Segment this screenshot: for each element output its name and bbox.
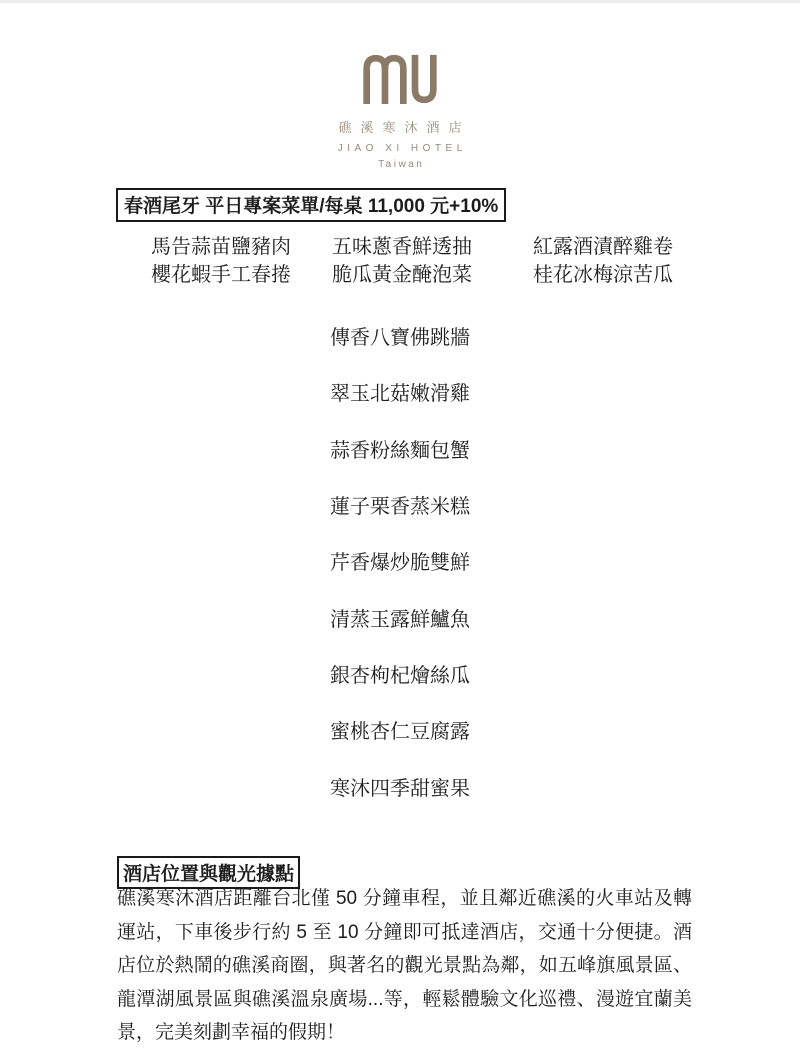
hotel-logo: 礁溪寒沐酒店 JIAO XI HOTEL Taiwan [0,54,800,170]
course-item: 傳香八寶佛跳牆 [0,321,800,350]
course-item: 蓮子栗香蒸米糕 [0,490,800,519]
course-item: 蒜香粉絲麵包蟹 [0,434,800,463]
mu-monogram-icon [357,54,443,104]
starter-column-3: 紅露酒漬醉雞卷 桂花冰梅涼苦瓜 [483,233,723,289]
menu-document-page: 礁溪寒沐酒店 JIAO XI HOTEL Taiwan 春酒尾牙 平日專案菜單/… [0,0,800,1063]
course-item: 清蒸玉露鮮鱸魚 [0,603,800,632]
hotel-name-en: JIAO XI HOTEL [0,143,800,154]
starter-item: 桂花冰梅涼苦瓜 [483,261,723,289]
course-item: 蜜桃杏仁豆腐露 [0,715,800,744]
hotel-name-cjk: 礁溪寒沐酒店 [0,117,800,136]
course-item: 芹香爆炒脆雙鮮 [0,546,800,575]
course-item: 銀杏枸杞燴絲瓜 [0,659,800,688]
menu-title: 春酒尾牙 平日專案菜單/每桌 11,000 元+10% [116,188,506,222]
scan-edge-artifact [0,0,800,3]
course-item: 寒沐四季甜蜜果 [0,772,800,801]
hotel-country: Taiwan [0,159,800,170]
location-description: 礁溪寒沐酒店距離台北僅 50 分鐘車程，並且鄰近礁溪的火車站及轉運站，下車後步行… [117,882,692,1050]
course-item: 翠玉北菇嫩滑雞 [0,377,800,406]
starter-item: 紅露酒漬醉雞卷 [483,233,723,261]
